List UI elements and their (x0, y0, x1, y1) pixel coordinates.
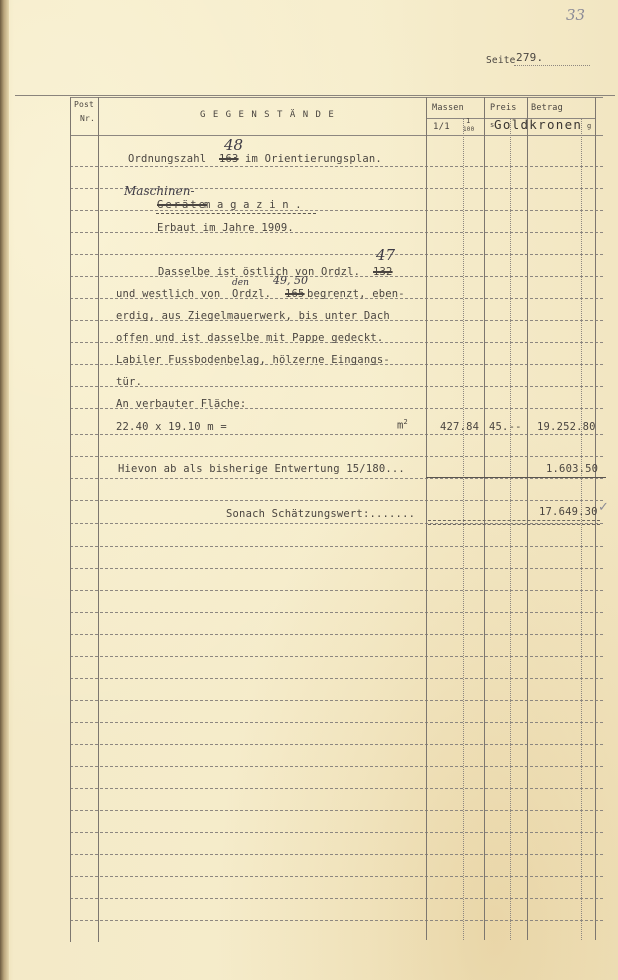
header-betrag: Betrag (531, 103, 563, 113)
row-line (70, 854, 603, 855)
subtotal-rule (426, 477, 606, 478)
row-line (70, 434, 603, 435)
row-line (70, 386, 603, 387)
seite-number: 279. (516, 51, 543, 64)
header-preis: Preis (490, 103, 517, 113)
row-line (70, 744, 603, 745)
row-line (70, 656, 603, 657)
seite-underline (514, 65, 590, 66)
area-unit: m2 (397, 418, 408, 432)
ledger-page: 33 Seite 279. (0, 0, 618, 980)
desc-line4: offen und ist dasselbe mit Pappe gedeckt… (116, 332, 383, 344)
check-mark-icon: ✓ (598, 500, 609, 515)
desc-line1-struck: 132 (373, 266, 393, 278)
seite-label: Seite (486, 55, 516, 66)
title-underline (156, 213, 316, 214)
title-handwritten: Maschinen- (124, 184, 195, 198)
page-binding-edge (0, 0, 9, 980)
col-border-left (70, 97, 71, 942)
area-calc: 22.40 x 19.10 m = (116, 421, 227, 433)
ordnungszahl-struck: 163 (219, 153, 239, 165)
area-massen-value: 427.84 (440, 421, 479, 433)
header-gegenstaende: G E G E N S T Ä N D E (200, 110, 335, 120)
desc-line2-hand-above: den (232, 278, 249, 288)
title-struck: Geräte (157, 199, 207, 211)
col-border-preis (527, 97, 528, 940)
col-border-betrag-k (581, 118, 582, 940)
row-line (70, 898, 603, 899)
col-border-massen (484, 97, 485, 940)
ordnungszahl-handwritten: 48 (224, 136, 243, 154)
desc-line2-suffix: begrenzt, eben- (307, 288, 405, 300)
desc-line1-prefix: Dasselbe ist östlich von Ordzl. (158, 266, 360, 278)
entry-built: Erbaut im Jahre 1909. (157, 222, 294, 234)
deduction-betrag-value: 1.603.50 (546, 463, 598, 475)
title-rest: m a g a z i n . (204, 199, 302, 211)
desc-line3: erdig, aus Ziegelmauerwerk, bis unter Da… (116, 310, 390, 322)
deduction-label: Hievon ab als bisherige Entwertung 15/18… (118, 463, 405, 475)
row-line (70, 810, 603, 811)
row-line (70, 478, 603, 479)
row-line (70, 678, 603, 679)
row-line (70, 612, 603, 613)
col-border-post-nr (98, 97, 99, 942)
header-betrag-g: g (587, 122, 591, 130)
ordnungszahl-suffix: im Orientierungsplan. (245, 153, 382, 165)
col-border-gegenstaende (426, 97, 427, 940)
total-betrag-value: 17.649.30 (539, 506, 598, 518)
row-line (70, 700, 603, 701)
header-massen-1-1: 1/1 (433, 122, 450, 132)
row-line (70, 766, 603, 767)
desc-line2-struck: 165 (285, 288, 305, 300)
row-line (70, 568, 603, 569)
desc-line2-handwritten: 49, 50 (273, 274, 308, 287)
desc-line2-mid: Ordzl. (232, 288, 271, 300)
row-line (70, 210, 603, 211)
col-border-right (595, 97, 596, 940)
row-line (70, 590, 603, 591)
row-line (70, 920, 603, 921)
header-bottom-border (70, 135, 603, 136)
desc-line5: Labiler Fussbodenbelag, hölzerne Eingang… (116, 354, 390, 366)
row-line (70, 500, 603, 501)
row-line (70, 232, 603, 233)
row-line (70, 876, 603, 877)
total-label: Sonach Schätzungswert:....... (226, 508, 415, 520)
row-line (70, 166, 603, 167)
total-double-rule (428, 520, 600, 525)
header-post: Post (74, 100, 94, 109)
row-line (70, 456, 603, 457)
folio-number: 33 (566, 6, 585, 24)
area-preis-value: 45.-- (489, 421, 522, 433)
desc-line6: tür. (116, 376, 142, 388)
area-label: An verbauter Fläche: (116, 398, 246, 410)
desc-line2-prefix: und westlich von (116, 288, 220, 300)
header-massen-1-100-num: 1 (466, 117, 470, 125)
header-nr: Nr. (80, 114, 95, 123)
currency-stamp-goldkronen: Goldkronen (494, 117, 582, 132)
col-border-massen-1 (463, 118, 464, 940)
row-line (70, 546, 603, 547)
header-massen-1-100-den: 100 (463, 126, 474, 133)
row-line (70, 722, 603, 723)
desc-line1-handwritten: 47 (376, 246, 395, 264)
row-line (70, 788, 603, 789)
top-rule (15, 95, 615, 96)
table-top-border (70, 97, 603, 98)
row-line (70, 832, 603, 833)
row-line (70, 634, 603, 635)
col-border-preis-s (510, 118, 511, 940)
area-betrag-value: 19.252.80 (537, 421, 596, 433)
row-line (70, 254, 603, 255)
header-massen: Massen (432, 103, 464, 113)
ordnungszahl-prefix: Ordnungszahl (128, 153, 206, 165)
